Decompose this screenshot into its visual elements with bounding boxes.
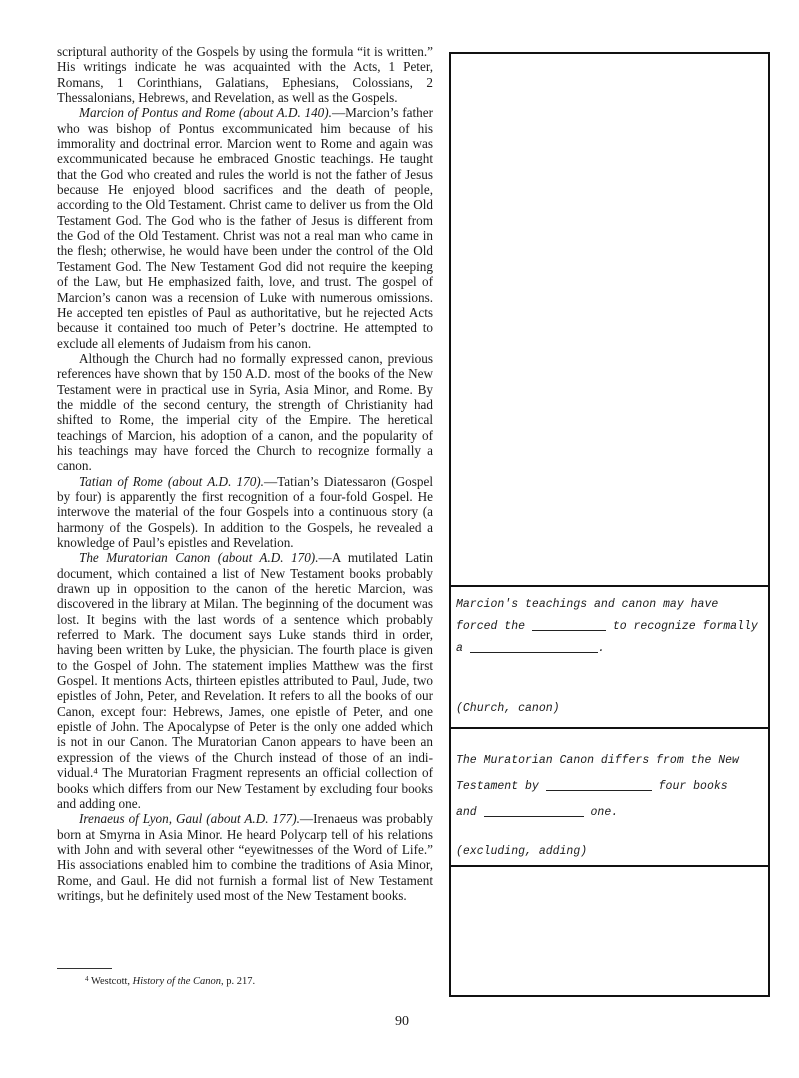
footnote-page: , p. 217. — [221, 976, 255, 987]
footnote-author: Westcott, — [91, 976, 133, 987]
footnote-rule — [57, 968, 112, 969]
paragraph-body: —Marcion’s father who was bishop of Pont… — [57, 105, 433, 350]
question-text: to recognize formally — [613, 620, 758, 633]
paragraph-heading: Marcion of Pontus and Rome (about A.D. 1… — [79, 105, 332, 120]
paragraph-heading: Irenaeus of Lyon, Gaul (about A.D. 177). — [79, 811, 300, 826]
paragraph-muratorian: The Muratorian Canon (about A.D. 170).—A… — [57, 550, 433, 811]
question-text: a — [456, 642, 463, 655]
frame-divider-top — [449, 585, 770, 587]
page-number: 90 — [395, 1014, 409, 1030]
question-line-2: forced the to recognize formally — [456, 616, 761, 638]
footnote-marker: 4 — [85, 975, 89, 983]
paragraph-marcion: Marcion of Pontus and Rome (about A.D. 1… — [57, 105, 433, 351]
paragraph-tatian: Tatian of Rome (about A.D. 170).—Tatian’… — [57, 474, 433, 551]
question-text: four books — [659, 780, 728, 793]
question-line-1: The Muratorian Canon differs from the Ne… — [456, 748, 761, 774]
question-text: . — [598, 642, 605, 655]
paragraph-0: scriptural authority of the Gospels by u… — [57, 44, 433, 105]
answer-blank-excluding[interactable] — [546, 777, 652, 791]
question-line-3: a . — [456, 638, 761, 660]
paragraph-body: —A mutilated Latin document, which conta… — [57, 550, 433, 811]
question-text: forced the — [456, 620, 525, 633]
question-line-3: and one. — [456, 800, 761, 826]
paragraph-body: scriptural authority of the Gospels by u… — [57, 44, 433, 105]
frame-marcion-answer: (Church, canon) — [456, 702, 761, 715]
answer-blank-church[interactable] — [532, 617, 606, 631]
frame-muratorian-question: The Muratorian Canon differs from the Ne… — [456, 748, 761, 826]
paragraph-irenaeus: Irenaeus of Lyon, Gaul (about A.D. 177).… — [57, 811, 433, 903]
paragraph-body: Although the Church had no formally expr… — [57, 351, 433, 473]
footnote-title: History of the Canon — [133, 976, 221, 987]
frame-divider-middle — [449, 727, 770, 729]
question-text: Testament by — [456, 780, 539, 793]
paragraph-heading: The Muratorian Canon (about A.D. 170). — [79, 550, 319, 565]
frame-marcion-question: Marcion's teachings and canon may have f… — [456, 594, 761, 660]
frame-divider-bottom — [449, 865, 770, 867]
footnote: 4 Westcott, History of the Canon, p. 217… — [85, 973, 255, 988]
frame-muratorian-answer: (excluding, adding) — [456, 845, 761, 858]
question-line-2: Testament by four books — [456, 774, 761, 800]
question-text: and — [456, 806, 477, 819]
main-text-column: scriptural authority of the Gospels by u… — [57, 44, 433, 903]
paragraph-heading: Tatian of Rome (about A.D. 170). — [79, 474, 264, 489]
question-text: one. — [591, 806, 619, 819]
question-line-1: Marcion's teachings and canon may have — [456, 594, 761, 616]
answer-blank-canon[interactable] — [470, 639, 598, 653]
paragraph-church-canon: Although the Church had no formally expr… — [57, 351, 433, 474]
answer-blank-adding[interactable] — [484, 803, 584, 817]
